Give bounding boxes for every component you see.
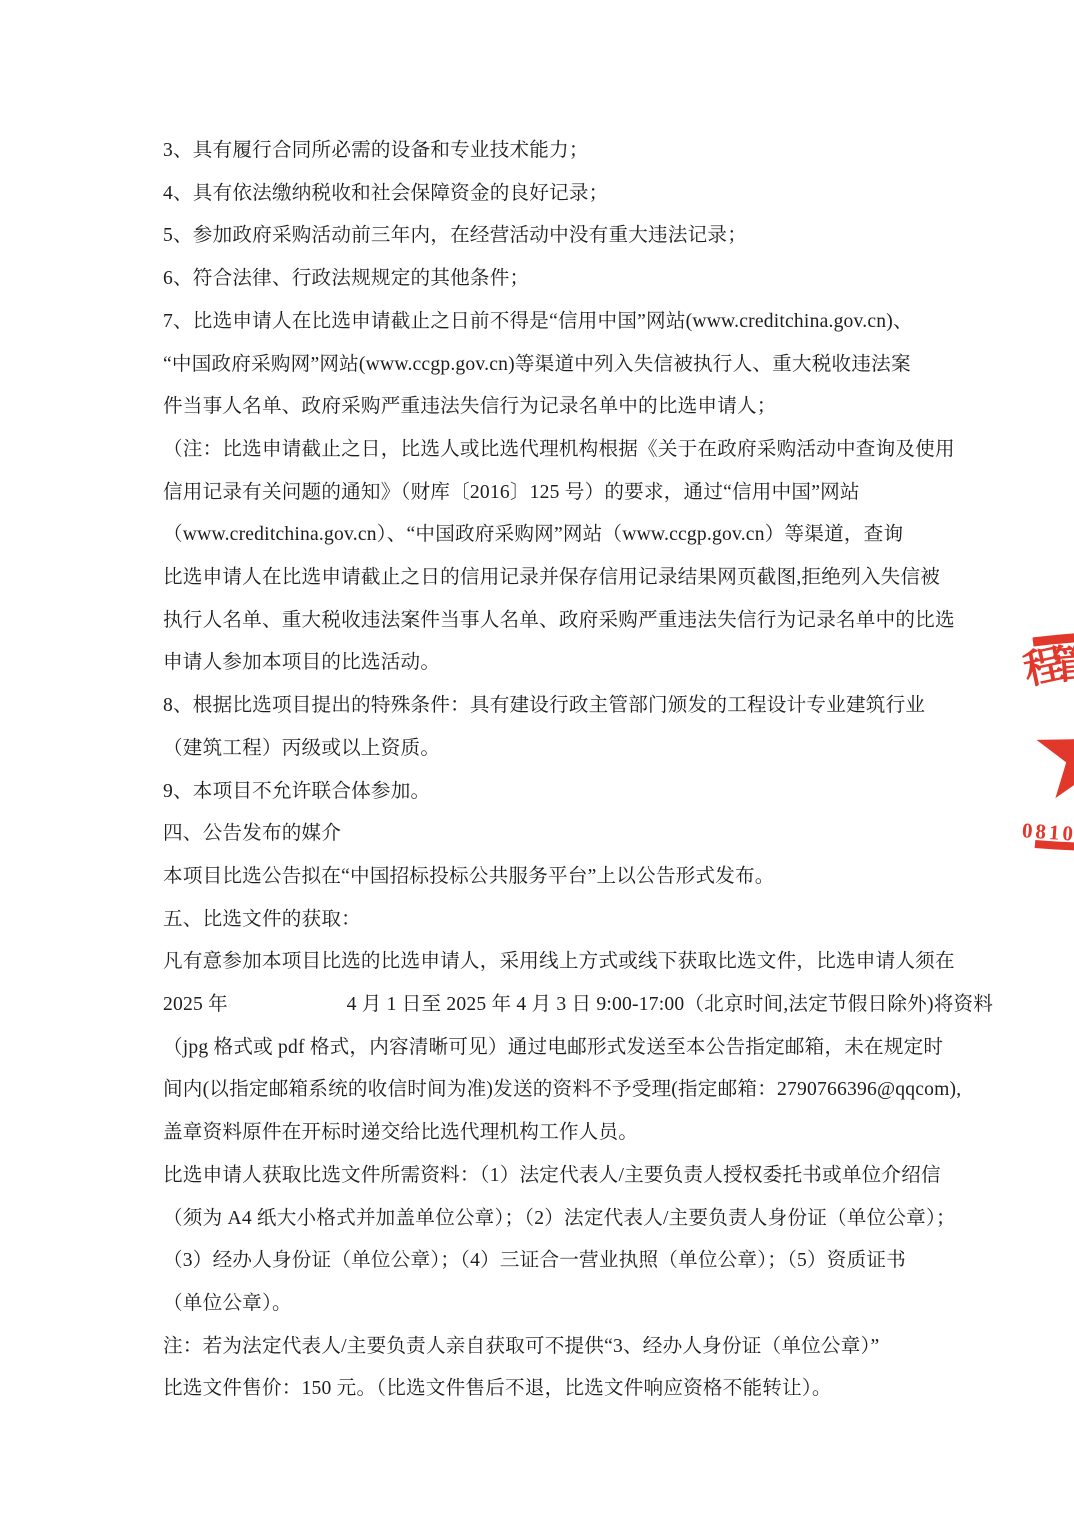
document-line: 盖章资料原件在开标时递交给比选代理机构工作人员。 <box>163 1112 933 1155</box>
document-line: 凡有意参加本项目比选的比选申请人，采用线上方式或线下获取比选文件，比选申请人须在 <box>163 941 933 984</box>
document-line: 3、具有履行合同所必需的设备和专业技术能力； <box>163 130 933 173</box>
document-line: 信用记录有关问题的通知》（财库〔2016〕125 号）的要求，通过“信用中国”网… <box>163 472 933 515</box>
document-line: 8、根据比选项目提出的特殊条件：具有建设行政主管部门颁发的工程设计专业建筑行业 <box>163 685 933 728</box>
document-line: （www.creditchina.gov.cn）、“中国政府采购网”网站（www… <box>163 514 933 557</box>
document-line: 比选文件售价：150 元。（比选文件售后不退，比选文件响应资格不能转让）。 <box>163 1368 933 1411</box>
document-line: 4、具有依法缴纳税收和社会保障资金的良好记录； <box>163 173 933 216</box>
document-line: 9、本项目不允许联合体参加。 <box>163 771 933 814</box>
document-page: 3、具有履行合同所必需的设备和专业技术能力； 4、具有依法缴纳税收和社会保障资金… <box>0 0 1074 1520</box>
document-line: 注：若为法定代表人/主要负责人亲自获取可不提供“3、经办人身份证（单位公章）” <box>163 1326 933 1369</box>
document-line: （注：比选申请截止之日，比选人或比选代理机构根据《关于在政府采购活动中查询及使用 <box>163 429 933 472</box>
document-line: “中国政府采购网”网站(www.ccgp.gov.cn)等渠道中列入失信被执行人… <box>163 344 933 387</box>
document-line: （建筑工程）丙级或以上资质。 <box>163 728 933 771</box>
document-line: （须为 A4 纸大小格式并加盖单位公章）；（2）法定代表人/主要负责人身份证（单… <box>163 1198 933 1241</box>
document-line: 执行人名单、重大税收违法案件当事人名单、政府采购严重违法失信行为记录名单中的比选 <box>163 600 933 643</box>
document-line: （单位公章）。 <box>163 1283 933 1326</box>
document-line: 本项目比选公告拟在“中国招标投标公共服务平台”上以公告形式发布。 <box>163 856 933 899</box>
document-line: 申请人参加本项目的比选活动。 <box>163 642 933 685</box>
document-section-heading: 四、公告发布的媒介 <box>163 813 933 856</box>
document-line: 比选申请人在比选申请截止之日的信用记录并保存信用记录结果网页截图,拒绝列入失信被 <box>163 557 933 600</box>
document-section-heading: 五、比选文件的获取： <box>163 899 933 942</box>
seal-char-2: 管 <box>1051 640 1074 688</box>
document-text-block: 3、具有履行合同所必需的设备和专业技术能力； 4、具有依法缴纳税收和社会保障资金… <box>163 130 933 1411</box>
document-line: 比选申请人获取比选文件所需资料：（1）法定代表人/主要负责人授权委托书或单位介绍… <box>163 1155 933 1198</box>
seal-star-icon <box>1037 704 1074 798</box>
document-line: 件当事人名单、政府采购严重违法失信行为记录名单中的比选申请人； <box>163 386 933 429</box>
document-line: 6、符合法律、行政法规规定的其他条件； <box>163 258 933 301</box>
document-line: 5、参加政府采购活动前三年内，在经营活动中没有重大违法记录； <box>163 215 933 258</box>
seal-serial-number: 0810 <box>1021 818 1074 846</box>
document-line: 7、比选申请人在比选申请截止之日前不得是“信用中国”网站(www.creditc… <box>163 301 933 344</box>
document-line: 间内(以指定邮箱系统的收信时间为准)发送的资料不予受理(指定邮箱：2790766… <box>163 1069 933 1112</box>
document-line: （jpg 格式或 pdf 格式，内容清晰可见）通过电邮形式发送至本公告指定邮箱，… <box>163 1027 933 1070</box>
official-seal-stamp: 程 管 0810 <box>1005 620 1074 860</box>
document-line: （3）经办人身份证（单位公章）；（4）三证合一营业执照（单位公章）；（5）资质证… <box>163 1240 933 1283</box>
document-line: 2025 年 4 月 1 日至 2025 年 4 月 3 日 9:00-17:0… <box>163 984 933 1027</box>
